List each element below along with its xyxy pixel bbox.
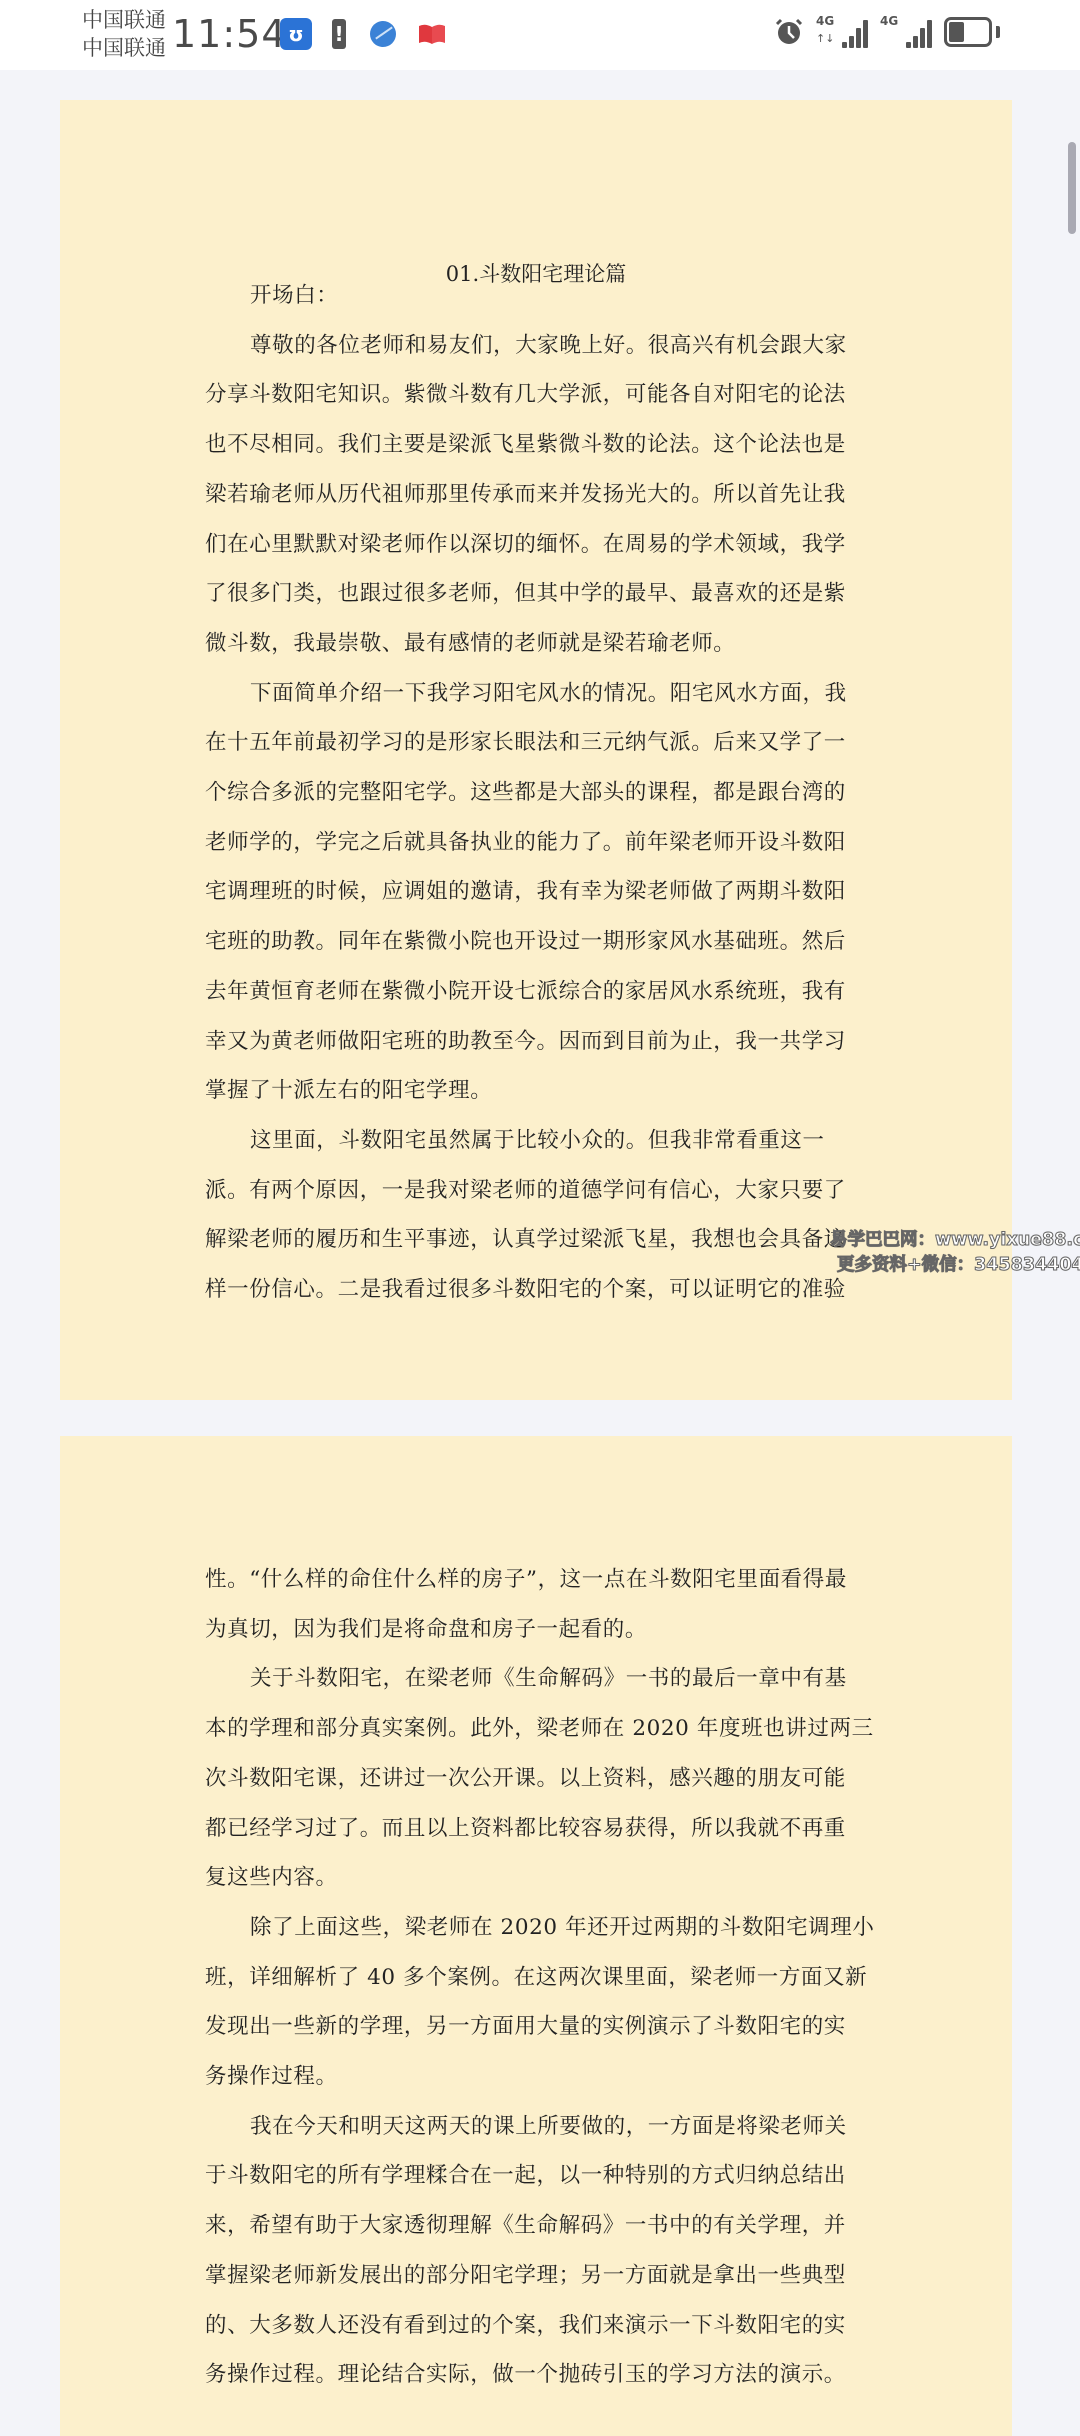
document-viewer[interactable]: 01.斗数阳宅理论篇 开场白：尊敬的各位老师和易友们，大家晚上好。很高兴有机会跟… [0, 70, 1080, 2400]
text-line: 个综合多派的完整阳宅学。这些都是大部头的课程，都是跟台湾的 [205, 775, 846, 806]
text-line: 解梁老师的履历和生平事迹，认真学过梁派飞星，我想也会具备这 [205, 1222, 846, 1253]
text-line: 次斗数阳宅课，还讲过一次公开课。以上资料，感兴趣的朋友可能 [205, 1761, 846, 1792]
book-icon [418, 23, 446, 45]
text-line: 尊敬的各位老师和易友们，大家晚上好。很高兴有机会跟大家 [250, 328, 847, 359]
text-line: 复这些内容。 [205, 1860, 338, 1891]
text-line: 发现出一些新的学理，另一方面用大量的实例演示了斗数阳宅的实 [205, 2009, 846, 2040]
watermark: 易学巴巴网：www.yixue88.cn 更多资料+微信：3458344044 [830, 1228, 1080, 1278]
text-line: 梁若瑜老师从历代祖师那里传承而来并发扬光大的。所以首先让我 [205, 477, 846, 508]
text-line: 样一份信心。二是我看过很多斗数阳宅的个案，可以证明它的准验 [205, 1272, 846, 1303]
warning-icon: ! [332, 19, 346, 49]
text-line: 宅班的助教。同年在紫微小院也开设过一期形家风水基础班。然后 [205, 924, 846, 955]
text-line: 在十五年前最初学习的是形家长眼法和三元纳气派。后来又学了一 [205, 725, 846, 756]
notification-icons: ʊ ! [280, 18, 446, 50]
text-line: 下面简单介绍一下我学习阳宅风水的情况。阳宅风水方面，我 [250, 676, 847, 707]
scrollbar[interactable] [1068, 142, 1076, 234]
text-line: 本的学理和部分真实案例。此外，梁老师在 2020 年度班也讲过两三 [205, 1711, 874, 1742]
document-page-2: 性。“什么样的命住什么样的房子”，这一点在斗数阳宅里面看得最为真切，因为我们是将… [60, 1436, 1012, 2400]
text-line: 于斗数阳宅的所有学理糅合在一起，以一种特别的方式归纳总结出 [205, 2158, 846, 2189]
text-line: 关于斗数阳宅，在梁老师《生命解码》一书的最后一章中有基 [250, 1661, 847, 1692]
signal-4g-sim2-icon: 4G [880, 16, 932, 48]
text-line: 幸又为黄老师做阳宅班的助教至今。因而到目前为止，我一共学习 [205, 1024, 846, 1055]
text-line: 这里面，斗数阳宅虽然属于比较小众的。但我非常看重这一 [250, 1123, 825, 1154]
system-icons: 4G ↑↓ 4G [774, 16, 1000, 48]
text-line: 都已经学习过了。而且以上资料都比较容易获得，所以我就不再重 [205, 1811, 846, 1842]
text-line: 微斗数，我最崇敬、最有感情的老师就是梁若瑜老师。 [205, 626, 735, 657]
text-line: 老师学的，学完之后就具备执业的能力了。前年梁老师开设斗数阳 [205, 825, 846, 856]
text-line: 来，希望有助于大家透彻理解《生命解码》一书中的有关学理，并 [205, 2208, 846, 2239]
text-line: 掌握了十派左右的阳宅学理。 [205, 1073, 492, 1104]
text-line: 了很多门类，也跟过很多老师，但其中学的最早、最喜欢的还是紫 [205, 576, 846, 607]
text-line: 去年黄恒育老师在紫微小院开设七派综合的家居风水系统班，我有 [205, 974, 846, 1005]
battery-icon [944, 17, 1000, 47]
signal-4g-sim1-icon: 4G ↑↓ [816, 16, 868, 48]
carrier-info: 中国联通 中国联通 [82, 6, 166, 62]
text-line: 们在心里默默对梁老师作以深切的缅怀。在周易的学术领域，我学 [205, 527, 846, 558]
text-line: 分享斗数阳宅知识。紫微斗数有几大学派，可能各自对阳宅的论法 [205, 377, 846, 408]
document-page-1: 01.斗数阳宅理论篇 开场白：尊敬的各位老师和易友们，大家晚上好。很高兴有机会跟… [60, 100, 1012, 1400]
text-line: 开场白： [250, 278, 338, 309]
text-line: 除了上面这些，梁老师在 2020 年还开过两期的斗数阳宅调理小 [250, 1910, 875, 1941]
status-bar: 中国联通 中国联通 11:54 ʊ ! 4G ↑↓ 4G [0, 0, 1080, 70]
text-line: 掌握梁老师新发展出的部分阳宅学理；另一方面就是拿出一些典型 [205, 2258, 846, 2289]
app-icon: ʊ [280, 18, 312, 50]
text-line: 为真切，因为我们是将命盘和房子一起看的。 [205, 1612, 647, 1643]
document-title: 01.斗数阳宅理论篇 [60, 258, 1012, 288]
text-line: 务操作过程。 [205, 2059, 338, 2090]
text-line: 班，详细解析了 40 多个案例。在这两次课里面，梁老师一方面又新 [205, 1960, 867, 1991]
clock: 11:54 [172, 12, 287, 56]
text-line: 宅调理班的时候，应调姐的邀请，我有幸为梁老师做了两期斗数阳 [205, 874, 846, 905]
text-line: 也不尽相同。我们主要是梁派飞星紫微斗数的论法。这个论法也是 [205, 427, 846, 458]
globe-icon [370, 21, 396, 47]
carrier-1: 中国联通 [82, 6, 166, 34]
text-line: 务操作过程。理论结合实际，做一个抛砖引玉的学习方法的演示。 [205, 2357, 846, 2388]
text-line: 派。有两个原因，一是我对梁老师的道德学问有信心，大家只要了 [205, 1173, 846, 1204]
text-line: 性。“什么样的命住什么样的房子”，这一点在斗数阳宅里面看得最 [205, 1562, 847, 1593]
text-line: 我在今天和明天这两天的课上所要做的，一方面是将梁老师关 [250, 2109, 847, 2140]
carrier-2: 中国联通 [82, 34, 166, 62]
alarm-icon [774, 17, 804, 47]
text-line: 的、大多数人还没有看到过的个案，我们来演示一下斗数阳宅的实 [205, 2308, 846, 2339]
